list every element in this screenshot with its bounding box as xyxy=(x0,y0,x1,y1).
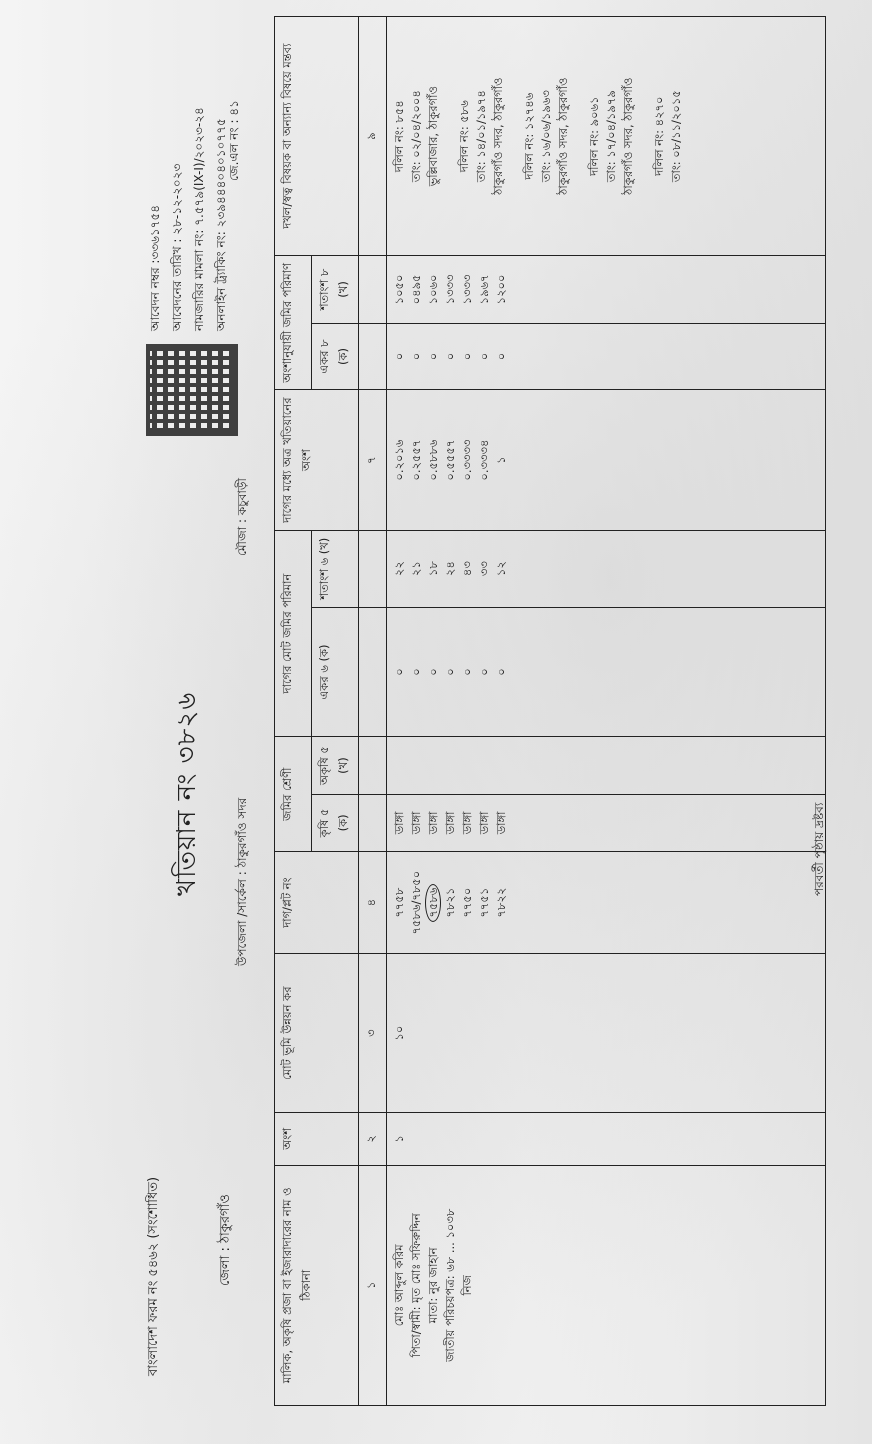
list-item: ০ xyxy=(493,614,510,731)
list-item: ০.৫৫৫৭ xyxy=(442,396,459,523)
deed-line: দলিল নং: ৮৫৪ xyxy=(391,23,408,249)
header-dag-share: দাগের মধ্যে অত্র খতিয়ানের অংশ xyxy=(275,390,359,530)
list-item: ০.২৫৫৭ xyxy=(408,396,425,523)
list-item: ৭৫৮৬/৭৮৫০ xyxy=(408,858,425,947)
next-page-note: পরবর্তী পৃষ্ঠায় দ্রষ্টব্য xyxy=(811,803,831,896)
deed-line: দলিল নং: ৪২৭০ xyxy=(651,23,668,249)
list-item: ডাঙ্গা xyxy=(476,801,493,845)
owner-revenue: ১০ xyxy=(387,954,826,1113)
zila-label: জেলা : ঠাকুরগাঁও xyxy=(216,1194,237,1286)
list-item: ৩৩ xyxy=(476,537,493,601)
deed-line: দলিল নং: ১২৭৪৬ xyxy=(521,23,538,249)
deed-line: দলিল নং: ৫৮৬ xyxy=(456,23,473,249)
list-item: ০.২০১৬ xyxy=(391,396,408,523)
deed-line: তাং: ১৪/০১/১৯৭৪ xyxy=(473,23,490,249)
circled-dag: ৭৫৮৬ xyxy=(425,884,441,922)
list-item: ০ xyxy=(391,330,408,384)
dag-list: ৭৭৫৮৭৫৮৬/৭৮৫০৭৫৮৬৭৮২১৭৭৫০৭৭৫১৭৮২২ xyxy=(387,852,826,954)
list-item: ৭৭৫০ xyxy=(459,858,476,947)
owner-cell: মোঃ আব্দুল করিম পিতা/স্বামী: মৃত মোঃ সফি… xyxy=(387,1165,826,1405)
col-num-remarks: ৯ xyxy=(359,17,387,256)
list-item: ১২০০ xyxy=(493,262,510,316)
list-item: ০.৩৩৩৩ xyxy=(459,396,476,523)
khatian-document: বাংলাদেশ ফরম নং ৫৪৬২ (সংশোধিত) জেলা : ঠা… xyxy=(16,16,856,1436)
col-num-owner: ১ xyxy=(359,1165,387,1405)
list-item: ০ xyxy=(459,614,476,731)
jl-number: জে.এল নং : ৪১ xyxy=(226,100,246,181)
list-item: ০ xyxy=(442,614,459,731)
dag-acre-list: ০০০০০০০ xyxy=(387,607,826,737)
deed-line: তাং: ১৬/০৬/১৯৬৩ xyxy=(538,23,555,249)
dag-share-list: ০.২০১৬০.২৫৫৭০.৫৮৮৬০.৫৫৫৭০.৩৩৩৩০.৩৩৩৪১ xyxy=(387,390,826,530)
list-item: ডাঙ্গা xyxy=(425,801,442,845)
list-item: ডাঙ্গা xyxy=(408,801,425,845)
deed-line: ঠাকুরগাঁও সদর, ঠাকুরগাঁও xyxy=(555,23,572,249)
deed-line: তাং: ০৮/১১/২০১৫ xyxy=(668,23,685,249)
list-item: ১ xyxy=(493,396,510,523)
col-num-share: ২ xyxy=(359,1113,387,1165)
list-item: ০ xyxy=(476,614,493,731)
list-item: ৪৩ xyxy=(459,537,476,601)
header-nonagri: অকৃষি ৫ (খ) xyxy=(312,737,359,794)
list-item: ১৮ xyxy=(425,537,442,601)
mutation-case: নামজারির মামলা নং: ৭.৫৭৯(IX-I)/২০২৩-২৪ xyxy=(188,107,210,331)
header-remarks: দখল/স্বত্ব বিষয়ক বা অন্যান্য বিষয়ে মন্… xyxy=(275,17,359,256)
list-item: ০ xyxy=(459,330,476,384)
list-item: ০ xyxy=(408,614,425,731)
deed-line: দলিল নং: ৯০৬১ xyxy=(586,23,603,249)
deed-entry: দলিল নং: ৯০৬১তাং: ১৭/০৪/১৯৭৯ঠাকুরগাঁও সদ… xyxy=(586,23,637,249)
header-share: অংশ xyxy=(275,1113,359,1165)
list-item: ০ xyxy=(476,330,493,384)
deed-line: তাং: ০২/০৪/২০০৪ xyxy=(408,23,425,249)
owner-share: ১ xyxy=(387,1113,826,1165)
list-item: ৭৮২২ xyxy=(493,858,510,947)
list-item: ০৪৯৫ xyxy=(408,262,425,316)
list-item: ডাঙ্গা xyxy=(459,801,476,845)
list-item: ০ xyxy=(425,614,442,731)
list-item: ডাঙ্গা xyxy=(442,801,459,845)
owner-name: মোঃ আব্দুল করিম xyxy=(391,1172,408,1399)
list-item: ০ xyxy=(493,330,510,384)
owner-mother: মাতা: নুর জাহান xyxy=(425,1172,442,1399)
mouza-label: মৌজা : কচুবাড়ী xyxy=(234,478,254,556)
list-item: ৭৭৫১ xyxy=(476,858,493,947)
list-item: ডাঙ্গা xyxy=(493,801,510,845)
header-share-decimal: শতাংশ ৮ (খ) xyxy=(312,256,359,323)
header-revenue: মোট ভূমি উন্নয়ন কর xyxy=(275,954,359,1113)
land-class-list: ডাঙ্গাডাঙ্গাডাঙ্গাডাঙ্গাডাঙ্গাডাঙ্গাডাঙ্… xyxy=(387,794,826,851)
header-decimal: শতাংশ ৬ (খ) xyxy=(312,530,359,607)
list-item: ০.৫৮৮৬ xyxy=(425,396,442,523)
khatian-table: মালিক, অকৃষি প্রজা বা ইজারাদারের নাম ও ঠ… xyxy=(274,16,826,1406)
dag-decimal-list: ২২২১১৮২৪৪৩৩৩১২ xyxy=(387,530,826,607)
page-title: খতিয়ান নং ৩৮২৬ xyxy=(166,692,210,896)
header-dag: দাগ/প্লট নং xyxy=(275,852,359,954)
col-num-dag: ৪ xyxy=(359,852,387,954)
qr-code-icon xyxy=(146,344,238,436)
form-number: বাংলাদেশ ফরম নং ৫৪৬২ (সংশোধিত) xyxy=(144,1177,165,1376)
header-land-class: জমির শ্রেণী xyxy=(275,737,312,852)
list-item: ০ xyxy=(425,330,442,384)
list-item: ২৪ xyxy=(442,537,459,601)
header-owner: মালিক, অকৃষি প্রজা বা ইজারাদারের নাম ও ঠ… xyxy=(275,1165,359,1405)
col-num-dag-share: ৭ xyxy=(359,390,387,530)
upazila-label: উপজেলা /সার্কেল : ঠাকুরগাঁও সদর xyxy=(234,798,254,966)
list-item: ২২ xyxy=(391,537,408,601)
list-item: ১০৬০ xyxy=(425,262,442,316)
list-item: ০ xyxy=(391,614,408,731)
list-item: ১০৫০ xyxy=(391,262,408,316)
deed-entry: দলিল নং: ১২৭৪৬তাং: ১৬/০৬/১৯৬৩ঠাকুরগাঁও স… xyxy=(521,23,572,249)
application-date: আবেদনের তারিখ : ২৮-১২-২০২৩ xyxy=(166,107,188,331)
share-decimal-list: ১০৫০০৪৯৫১০৬০১৩৩৩১৩৩৩১৯৬৭১২০০ xyxy=(387,256,826,323)
deed-line: তাং: ১৭/০৪/১৯৭৯ xyxy=(603,23,620,249)
remarks-list: দলিল নং: ৮৫৪তাং: ০২/০৪/২০০৪ভুল্লিবাজার, … xyxy=(387,17,826,256)
list-item: ০.৩৩৩৪ xyxy=(476,396,493,523)
deed-entry: দলিল নং: ৪২৭০তাং: ০৮/১১/২০১৫ xyxy=(651,23,685,249)
list-item: ১৩৩৩ xyxy=(459,262,476,316)
deed-line: ভুল্লিবাজার, ঠাকুরগাঁও xyxy=(425,23,442,249)
deed-entry: দলিল নং: ৮৫৪তাং: ০২/০৪/২০০৪ভুল্লিবাজার, … xyxy=(391,23,442,249)
deed-entry: দলিল নং: ৫৮৬তাং: ১৪/০১/১৯৭৪ঠাকুরগাঁও সদর… xyxy=(456,23,507,249)
header-dag-total: দাগের মোট জমির পরিমান xyxy=(275,530,312,737)
header-agri: কৃষি ৫ (ক) xyxy=(312,794,359,851)
deed-line: ঠাকুরগাঁও সদর, ঠাকুরগাঁও xyxy=(490,23,507,249)
list-item: ০ xyxy=(442,330,459,384)
list-item: ০ xyxy=(408,330,425,384)
list-item: ১৩৩৩ xyxy=(442,262,459,316)
deed-line: ঠাকুরগাঁও সদর, ঠাকুরগাঁও xyxy=(620,23,637,249)
list-item: ডাঙ্গা xyxy=(391,801,408,845)
share-acre-list: ০০০০০০০ xyxy=(387,323,826,390)
owner-address: নিজ xyxy=(459,1172,476,1399)
header-share-land: অংশানুযায়ী জমির পরিমাণ xyxy=(275,256,312,390)
list-item: ১৯৬৭ xyxy=(476,262,493,316)
list-item: ৭৮২১ xyxy=(442,858,459,947)
list-item: ২১ xyxy=(408,537,425,601)
application-number: আবেদন নম্বর :৩৩৬১৭৫৪ xyxy=(144,107,166,331)
header-acre: একর ৬ (ক) xyxy=(312,607,359,737)
header-share-acre: একর ৮ (ক) xyxy=(312,323,359,390)
owner-nid: জাতীয় পরিচয়পত্র: ৬৮ ... ১০৩৮ xyxy=(442,1172,459,1399)
list-item: ৭৫৮৬ xyxy=(425,858,442,947)
application-meta: আবেদন নম্বর :৩৩৬১৭৫৪ আবেদনের তারিখ : ২৮-… xyxy=(144,107,232,331)
col-num-revenue: ৩ xyxy=(359,954,387,1113)
owner-father: পিতা/স্বামী: মৃত মোঃ সফিরুদ্দিন xyxy=(408,1172,425,1399)
list-item: ৭৭৫৮ xyxy=(391,858,408,947)
list-item: ১২ xyxy=(493,537,510,601)
